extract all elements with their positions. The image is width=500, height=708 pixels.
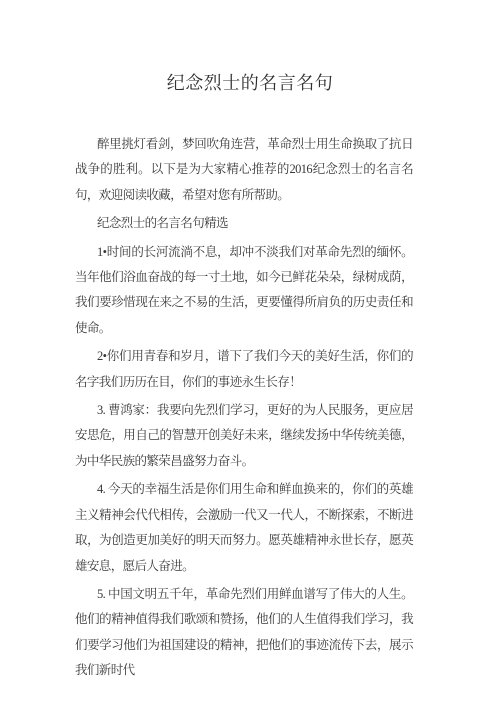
section-heading-selection: 纪念烈士的名言名句精选 — [75, 211, 413, 236]
quote-item-4: 4. 今天的幸福生活是你们用生命和鲜血换来的，你们的英雄主义精神会代代相传，会激… — [75, 477, 413, 579]
quote-item-2: 2•你们用青春和岁月，谱下了我们今天的美好生活，你们的名字我们历历在目，你们的事… — [75, 344, 413, 395]
quote-item-3: 3. 曹鸿家：我要向先烈们学习，更好的为人民服务，更应居安思危，用自己的智慧开创… — [75, 398, 413, 474]
document-body: 醉里挑灯看剑，梦回吹角连营，革命烈士用生命换取了抗日战争的胜利。以下是为大家精心… — [75, 132, 413, 684]
quote-item-5: 5. 中国文明五千年，革命先烈们用鲜血谱写了伟大的人生。他们的精神值得我们歌颂和… — [75, 582, 413, 684]
document-page: 纪念烈士的名言名句 醉里挑灯看剑，梦回吹角连营，革命烈士用生命换取了抗日战争的胜… — [0, 0, 500, 708]
paragraph-intro: 醉里挑灯看剑，梦回吹角连营，革命烈士用生命换取了抗日战争的胜利。以下是为大家精心… — [75, 132, 413, 208]
document-title: 纪念烈士的名言名句 — [75, 70, 425, 96]
quote-item-1: 1•时间的长河流淌不息，却冲不淡我们对革命先烈的缅怀。当年他们浴血奋战的每一寸土… — [75, 240, 413, 342]
